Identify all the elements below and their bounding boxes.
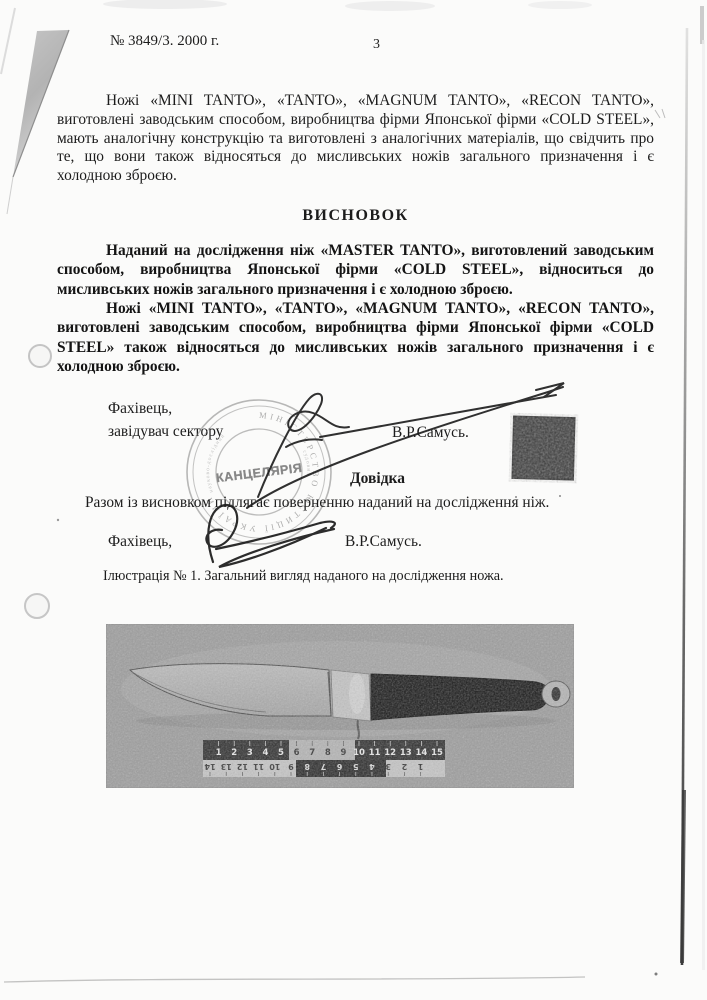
conclusion-paragraph-1: Наданий на дослідження ніж «MASTER TANTO… bbox=[57, 241, 654, 299]
intro-paragraph: Ножі «MINI TANTO», «TANTO», «MAGNUM TANT… bbox=[57, 92, 654, 186]
illustration-caption: Ілюстрація № 1. Загальний вигляд наданог… bbox=[103, 568, 504, 585]
office-square-stamp bbox=[512, 416, 575, 480]
specialist-role-line-2: Фахівець, bbox=[108, 533, 172, 551]
round-stamp: МІНІСТЕРСТВО ЮСТИЦІЇ УКРАЇНИ науково-дос… bbox=[183, 396, 335, 548]
scan-line bbox=[682, 28, 687, 965]
stamp-inner-text-left: науково-дослідний bbox=[205, 432, 227, 493]
doc-number: № 3849/3. 2000 г. bbox=[110, 33, 219, 50]
stamp-inner-text-right: судових bbox=[301, 449, 311, 476]
document-page: № 3849/3. 2000 г. 3 Ножі «MINI TANTO», «… bbox=[0, 0, 707, 1000]
page-number: 3 bbox=[373, 37, 380, 53]
sector-head-line: завідувач сектору bbox=[108, 423, 223, 441]
expert-name-2: В.Р.Самусь. bbox=[345, 533, 422, 551]
conclusion-paragraph-2: Ножі «MINI TANTO», «TANTO», «MAGNUM TANT… bbox=[57, 299, 654, 376]
bottom-crease bbox=[4, 977, 585, 982]
hole-punch-bottom bbox=[25, 594, 49, 618]
stamp-center-text: КАНЦЕЛЯРІЯ bbox=[215, 461, 303, 485]
expert-name-1: В.Р.Самусь. bbox=[392, 424, 469, 442]
knife-photo: 1234567891011121314151413121110987654321 bbox=[106, 624, 574, 788]
hole-punch-top bbox=[29, 345, 51, 367]
specialist-role-line-1: Фахівець, bbox=[108, 400, 172, 418]
spravka-text: Разом із висновком підлягає поверненню н… bbox=[85, 494, 549, 512]
conclusion-heading: ВИСНОВОК bbox=[57, 207, 654, 225]
spravka-heading: Довідка bbox=[350, 470, 405, 488]
